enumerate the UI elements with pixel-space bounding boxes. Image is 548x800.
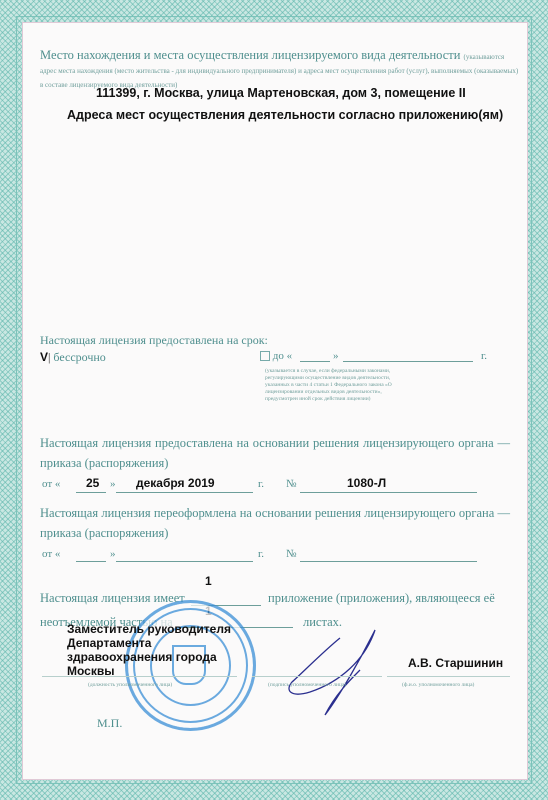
location-heading-text: Место нахождения и места осуществления л… bbox=[40, 48, 460, 62]
granted-number: 1080-Л bbox=[347, 476, 386, 490]
appendix-count: 1 bbox=[205, 574, 212, 588]
until-note: (указывается в случае, если федеральными… bbox=[265, 368, 415, 403]
caption-name: (ф.и.о. уполномоченного лица) bbox=[402, 681, 474, 690]
granted-year-suffix: г. bbox=[258, 478, 264, 490]
granted-text: Настоящая лицензия предоставлена на осно… bbox=[40, 433, 510, 473]
signatory-name: А.В. Старшинин bbox=[408, 656, 503, 670]
granted-no-label: № bbox=[286, 478, 297, 490]
indefinite-option[interactable]: V| бессрочно bbox=[40, 350, 106, 365]
until-suffix: г. bbox=[481, 350, 487, 362]
position-line bbox=[42, 676, 237, 677]
caption-position: (должность уполномоченного лица) bbox=[88, 681, 172, 690]
granted-from-prefix: от « bbox=[42, 478, 60, 490]
granted-day-line bbox=[76, 492, 106, 493]
appendix-addresses-note: Адреса мест осуществления деятельности с… bbox=[67, 108, 503, 122]
until-mid: » bbox=[333, 350, 339, 362]
reissued-date-field[interactable] bbox=[116, 561, 253, 562]
reissued-mid: » bbox=[110, 548, 116, 560]
name-line bbox=[387, 676, 510, 677]
signature-line bbox=[252, 676, 382, 677]
location-heading: Место нахождения и места осуществления л… bbox=[40, 48, 520, 90]
appendix-line1-prefix: Настоящая лицензия имеет bbox=[40, 591, 185, 606]
granted-mid: » bbox=[110, 478, 116, 490]
signatory-position: Заместитель руководителя Департамента зд… bbox=[67, 622, 242, 678]
reissued-text: Настоящая лицензия переоформлена на осно… bbox=[40, 503, 510, 543]
reissued-year-suffix: г. bbox=[258, 548, 264, 560]
until-checkbox[interactable] bbox=[260, 351, 270, 361]
seal-label: М.П. bbox=[97, 716, 122, 731]
granted-day: 25 bbox=[86, 476, 99, 490]
checkmark-icon: V bbox=[40, 350, 48, 364]
handwritten-signature-icon bbox=[270, 620, 420, 720]
reissued-from-prefix: от « bbox=[42, 548, 60, 560]
appendix-line1-suffix: приложение (приложения), являющееся её bbox=[268, 591, 495, 606]
address-value: 111399, г. Москва, улица Мартеновская, д… bbox=[96, 86, 466, 100]
reissued-day-field[interactable] bbox=[76, 561, 106, 562]
until-date-field[interactable] bbox=[343, 361, 473, 362]
until-day-field[interactable] bbox=[300, 361, 330, 362]
term-label: Настоящая лицензия предоставлена на срок… bbox=[40, 333, 268, 348]
reissued-no-label: № bbox=[286, 548, 297, 560]
granted-number-line bbox=[300, 492, 477, 493]
caption-signature: (подпись уполномоченного лица) bbox=[268, 681, 346, 690]
granted-date-line bbox=[116, 492, 253, 493]
reissued-number-field[interactable] bbox=[300, 561, 477, 562]
granted-month-year: декабря 2019 bbox=[136, 476, 215, 490]
indefinite-label: бессрочно bbox=[53, 350, 105, 364]
until-prefix: до « bbox=[273, 350, 292, 362]
until-option[interactable]: до « bbox=[260, 350, 292, 362]
